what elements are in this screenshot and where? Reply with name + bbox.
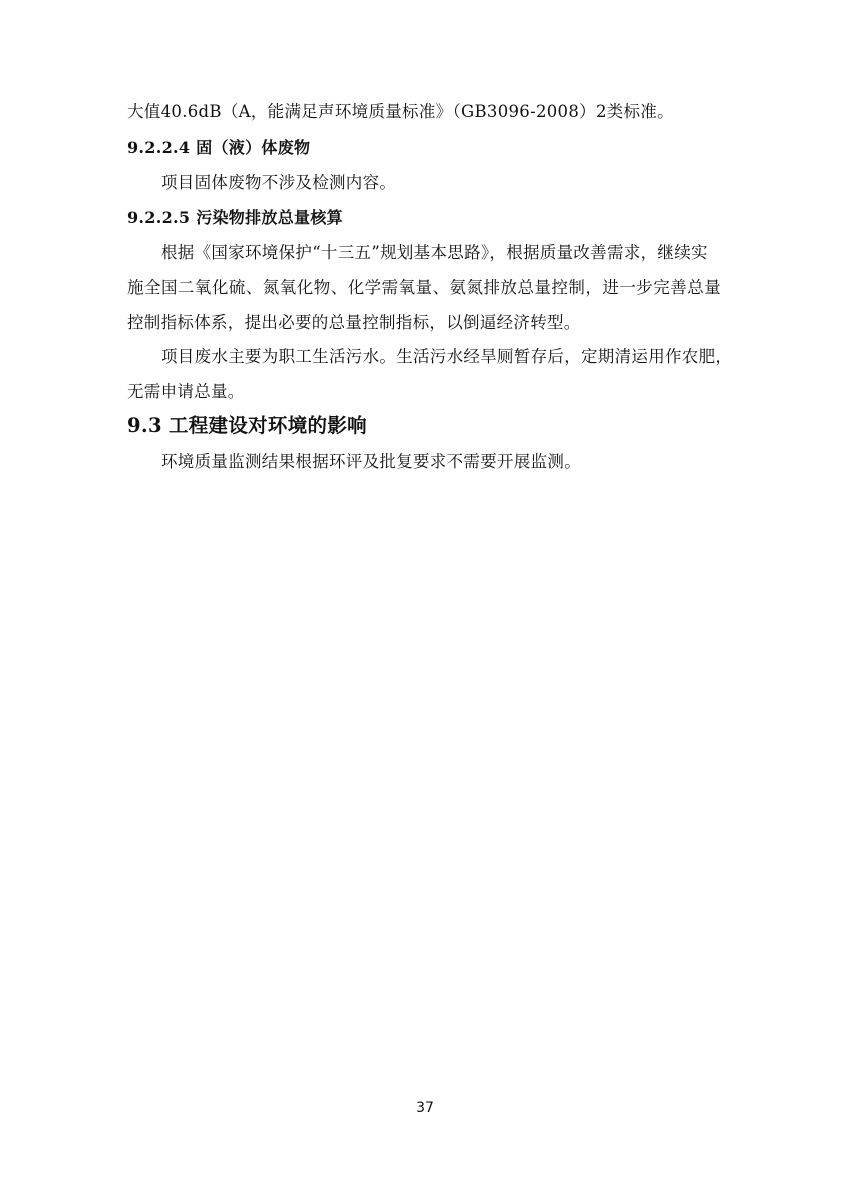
paragraph-total-control-line-2: 施全国二氧化硫、氮氧化物、化学需氧量、氨氮排放总量控制，进一步完善总量	[127, 277, 721, 299]
paragraph-solid-waste: 项目固体废物不涉及检测内容。	[161, 172, 396, 194]
paragraph-environment-impact: 环境质量监测结果根据环评及批复要求不需要开展监测。	[161, 451, 581, 473]
section-heading-9-3: 9.3 工程建设对环境的影响	[127, 413, 367, 439]
paragraph-wastewater-line-2: 无需申请总量。	[127, 381, 245, 403]
page-number: 37	[0, 1100, 850, 1116]
paragraph-wastewater-line-1: 项目废水主要为职工生活污水。生活污水经旱厕暂存后，定期清运用作农肥，	[161, 346, 732, 368]
paragraph-total-control-line-3: 控制指标体系，提出必要的总量控制指标，以倒逼经济转型。	[127, 312, 581, 334]
paragraph-total-control-line-1: 根据《国家环境保护“十三五”规划基本思路》，根据质量改善需求，继续实	[161, 242, 708, 264]
section-heading-9-2-2-5: 9.2.2.5 污染物排放总量核算	[127, 207, 343, 229]
paragraph-continuation: 大值40.6dB（A，能满足声环境质量标准》（GB3096-2008）2类标准。	[127, 101, 674, 123]
section-heading-9-2-2-4: 9.2.2.4 固（液）体废物	[127, 137, 310, 159]
